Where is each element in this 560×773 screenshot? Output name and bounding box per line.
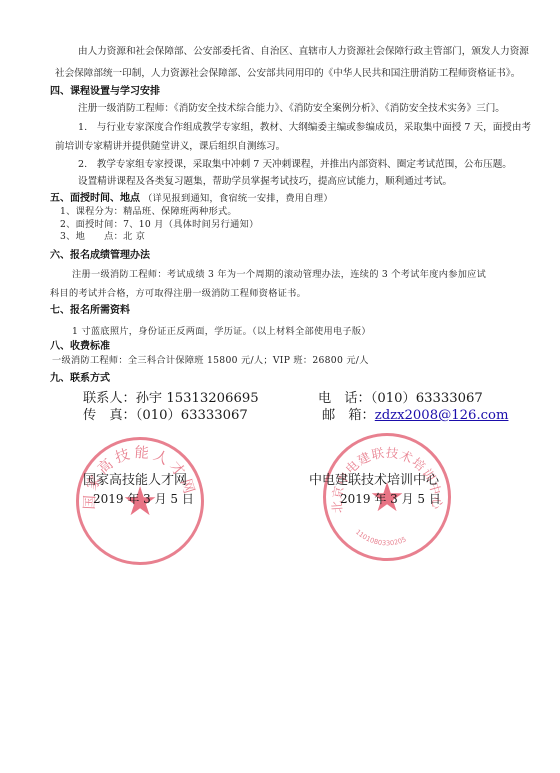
section5-item-2: 2、面授时间：7、10 月（具体时间另行通知） <box>60 219 259 231</box>
contact-email-row: 邮 箱：zdzx2008@126.com <box>322 408 508 424</box>
contact-phone: 电 话：（010）63333067 <box>318 391 483 407</box>
section3-para-line2: 社会保障部统一印制，人力资源社会保障部、公安部共同用印的《中华人民共和国注册消防… <box>55 68 520 80</box>
contact-email-link[interactable]: zdzx2008@126.com <box>375 408 509 423</box>
section5-heading-row: 五、面授时间、地点 （详见报到通知，食宿统一安排，费用自理） <box>50 193 333 205</box>
section7-heading: 七、报名所需资料 <box>50 305 130 317</box>
section5-heading-note: （详见报到通知，食宿统一安排，费用自理） <box>143 193 333 204</box>
signature-left-date: 2019 年 3 月 5 日 <box>93 492 194 506</box>
section4-heading: 四、课程设置与学习安排 <box>50 86 160 98</box>
signature-right-date: 2019 年 3 月 5 日 <box>340 492 441 506</box>
signature-right-org: 中电建联技术培训中心 <box>309 473 439 489</box>
section7-para: 1 寸蓝底照片，身份证正反两面，学历证。（以上材料全部使用电子版） <box>72 326 371 338</box>
section4-item1-line1: 1. 与行业专家深度合作组成教学专家组，教材、大纲编委主编或参编成员，采取集中面… <box>78 122 531 134</box>
section3-para-line1: 由人力资源和社会保障部、公安部委托省、自治区、直辖市人力资源社会保障行政主管部门… <box>78 46 529 58</box>
signature-left-org: 国家高技能人才网 <box>83 473 187 489</box>
contact-fax: 传 真：（010）63333067 <box>83 408 248 424</box>
section4-item2-line2: 设置精讲课程及各类复习题集，帮助学员掌握考试技巧，提高应试能力，顺利通过考试。 <box>78 176 452 188</box>
section4-item2-line1: 2. 教学专家组专家授课，采取集中冲刺 7 天冲刺课程，并推出内部资料、圈定考试… <box>78 159 512 171</box>
section8-heading: 八、收费标准 <box>50 341 110 353</box>
section6-para-line2: 科目的考试并合格，方可取得注册一级消防工程师资格证书。 <box>50 288 306 300</box>
section4-item1-line2: 前培训专家精讲并提供随堂讲义，课后组织自测练习。 <box>55 141 285 153</box>
section6-para-line1: 注册一级消防工程师：考试成绩 3 年为一个周期的滚动管理办法，连续的 3 个考试… <box>72 269 486 281</box>
svg-text:1101080330205: 1101080330205 <box>354 528 408 547</box>
document-page: 由人力资源和社会保障部、公安部委托省、自治区、直辖市人力资源社会保障行政主管部门… <box>0 0 560 773</box>
section5-item-3: 3、地 点：北 京 <box>60 231 145 243</box>
section5-heading: 五、面授时间、地点 <box>50 193 140 204</box>
section5-item-1: 1、课程分为：精品班、保障班两种形式。 <box>60 206 237 218</box>
section6-heading: 六、报名成绩管理办法 <box>50 250 150 262</box>
section8-para: 一级消防工程师：全三科合计保障班 15800 元/人；VIP 班：26800 元… <box>52 355 369 367</box>
contact-email-label: 邮 箱： <box>322 408 375 423</box>
contact-person: 联系人：孙宇 15313206695 <box>83 391 259 407</box>
section9-heading: 九、联系方式 <box>50 373 110 385</box>
section4-subjects: 注册一级消防工程师：《消防安全技术综合能力》、《消防安全案例分析》、《消防安全技… <box>78 103 505 115</box>
